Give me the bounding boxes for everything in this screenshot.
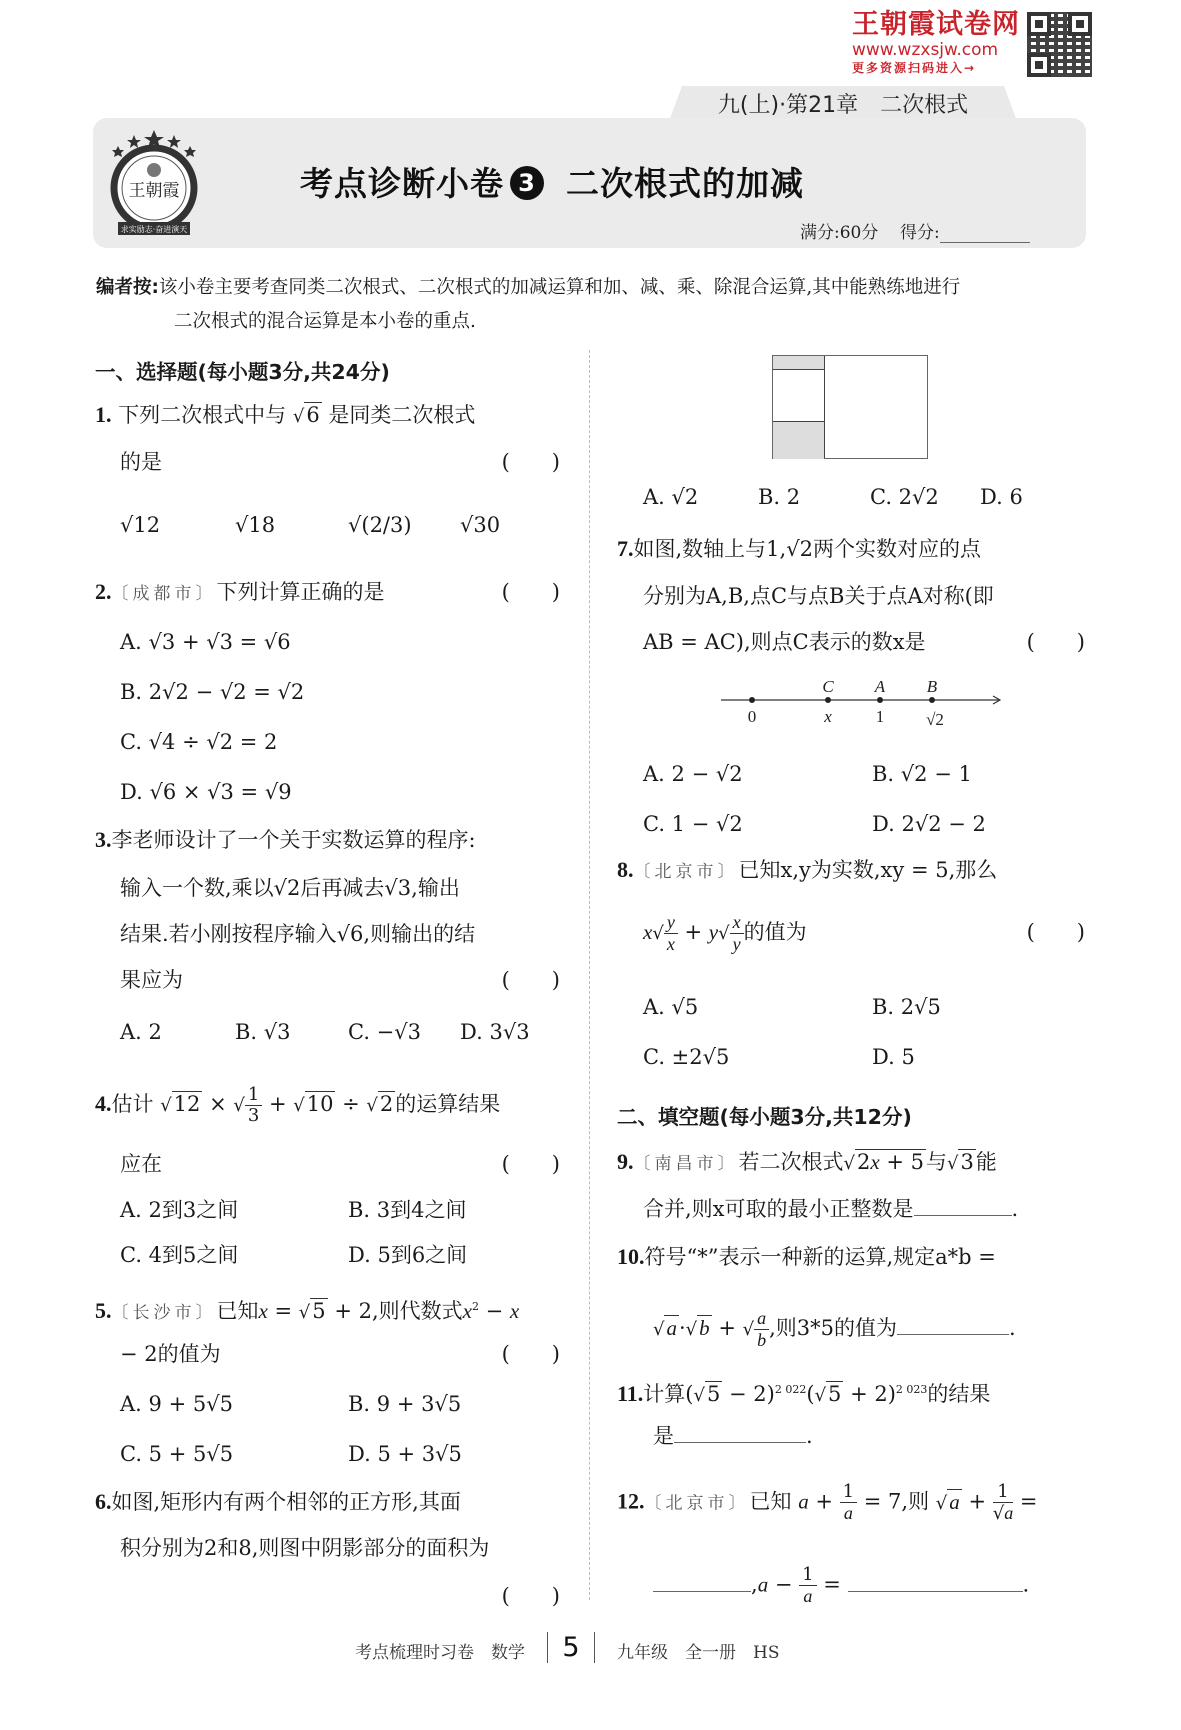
full-score: 满分:60分 — [800, 223, 878, 243]
page-title: 考点诊断小卷3二次根式的加减 — [300, 158, 1000, 205]
question-8: 8.〔北京市〕已知x,y为实数,xy = 5,那么 — [617, 858, 997, 884]
score-label: 得分: — [900, 223, 940, 243]
question-number: 3. — [95, 827, 112, 852]
svg-text:x: x — [823, 707, 832, 726]
option-d[interactable]: D. 3√3 — [460, 1020, 530, 1044]
question-number: 8. — [617, 857, 634, 882]
svg-text:A: A — [874, 677, 886, 696]
editor-note: 编者按:该小卷主要考查同类二次根式、二次根式的加减运算和加、减、乘、除混合运算,… — [96, 271, 1086, 339]
answer-blank-1[interactable] — [653, 1573, 751, 1592]
question-3-options: A. 2 B. √3 C. −√3 D. 3√3 — [120, 1020, 560, 1050]
question-9: 9.〔南昌市〕若二次根式√2x + 5与√3能 — [617, 1150, 997, 1176]
question-12: 12.〔北京市〕已知 a + 1a = 7,则 √a + 1√a = — [617, 1482, 1038, 1524]
question-4: 4.估计 √12 × √13 + √10 ÷ √2的运算结果 — [95, 1085, 500, 1126]
page-footer: 考点梳理时习卷 数学5九年级 全一册 HS — [355, 1634, 955, 1665]
question-3-line3: 结果.若小刚按程序输入√6,则输出的结 — [120, 922, 475, 946]
question-text: 李老师设计了一个关于实数运算的程序: — [112, 828, 476, 852]
question-2: 2.〔成都市〕下列计算正确的是 ( ) — [95, 580, 560, 606]
question-number: 11. — [617, 1381, 643, 1406]
question-3-line4: 果应为 ( ) — [120, 968, 560, 992]
title-prefix: 考点诊断小卷 — [300, 164, 504, 203]
option-a[interactable]: A. 2 — [120, 1020, 162, 1044]
source-city: 〔长沙市〕 — [112, 1303, 217, 1323]
question-10: 10.符号“*”表示一种新的运算,规定a*b = — [617, 1245, 996, 1269]
answer-paren[interactable]: ( ) — [502, 580, 560, 604]
title-suffix: 二次根式的加减 — [566, 164, 804, 203]
answer-paren[interactable]: ( ) — [502, 1152, 560, 1176]
option-c[interactable]: √(2/3) — [348, 513, 412, 537]
option-d[interactable]: D. 5 — [872, 1045, 915, 1069]
footer-right: 九年级 全一册 HS — [617, 1643, 779, 1663]
question-1-line2: 的是 ( ) — [120, 450, 560, 474]
option-a[interactable]: A. 2 − √2 — [643, 762, 743, 786]
footer-left: 考点梳理时习卷 数学 — [355, 1643, 525, 1663]
question-number: 1. — [95, 402, 112, 427]
source-city: 〔南昌市〕 — [634, 1154, 739, 1174]
option-c[interactable]: C. 1 − √2 — [643, 812, 743, 836]
question-number: 12. — [617, 1489, 645, 1514]
chapter-tab-label: 九(上)·第21章 二次根式 — [668, 88, 1018, 119]
question-number: 7. — [617, 536, 634, 561]
question-text: 下列二次根式中与 — [118, 403, 286, 427]
answer-blank[interactable] — [897, 1316, 1009, 1335]
answer-blank-2[interactable] — [848, 1573, 1023, 1592]
question-4-line2: 应在 ( ) — [120, 1152, 560, 1176]
page-number: 5 — [547, 1632, 595, 1663]
option-c[interactable]: C. ±2√5 — [643, 1045, 729, 1069]
answer-paren[interactable]: ( ) — [502, 450, 560, 474]
column-divider — [589, 350, 590, 1600]
title-number-badge: 3 — [510, 166, 544, 200]
question-text: 是同类二次根式 — [328, 403, 475, 427]
brand-block[interactable]: 王朝霞试卷网 www.wzxsjw.com 更多资源扫码进入→ — [852, 10, 1022, 76]
question-8-line2: x√yx + y√xy的值为 ( ) — [643, 912, 1085, 955]
option-a[interactable]: A. 9 + 5√5 — [120, 1392, 233, 1416]
svg-text:0: 0 — [748, 707, 757, 726]
option-c[interactable]: C. −√3 — [348, 1020, 421, 1044]
qr-code-icon[interactable] — [1027, 12, 1092, 77]
score-blank[interactable] — [940, 226, 1030, 243]
option-d[interactable]: D. 6 — [980, 485, 1023, 509]
option-a[interactable]: A. √3 + √3 = √6 — [120, 630, 291, 654]
question-number: 5. — [95, 1298, 112, 1323]
question-9-line2: 合并,则x可取的最小正整数是. — [643, 1197, 1018, 1221]
question-7: 7.如图,数轴上与1,√2两个实数对应的点 — [617, 537, 981, 561]
section-1-title: 一、选择题(每小题3分,共24分) — [95, 355, 390, 385]
option-b[interactable]: B. 3到4之间 — [348, 1198, 467, 1222]
question-5-line2: − 2的值为 ( ) — [120, 1342, 560, 1366]
question-number: 9. — [617, 1149, 634, 1174]
source-city: 〔成都市〕 — [112, 584, 217, 604]
svg-text:B: B — [927, 677, 938, 696]
svg-text:C: C — [822, 677, 834, 696]
question-number: 2. — [95, 579, 112, 604]
option-d[interactable]: D. 5 + 3√5 — [348, 1442, 462, 1466]
option-c[interactable]: C. 4到5之间 — [120, 1243, 238, 1267]
shaded-region-bottom — [773, 421, 824, 459]
option-a[interactable]: √12 — [120, 513, 160, 537]
option-a[interactable]: A. √5 — [643, 995, 698, 1019]
question-3: 3.李老师设计了一个关于实数运算的程序: — [95, 828, 476, 852]
question-5: 5.〔长沙市〕已知x = √5 + 2,则代数式x2 − x — [95, 1295, 519, 1325]
option-c[interactable]: C. 2√2 — [870, 485, 939, 509]
option-d[interactable]: D. 5到6之间 — [348, 1243, 467, 1267]
option-a[interactable]: A. √2 — [643, 485, 698, 509]
answer-blank[interactable] — [914, 1197, 1012, 1216]
question-text: 下列计算正确的是 — [217, 580, 385, 604]
number-line-figure: C A B 0 x 1 √2 — [715, 675, 1005, 735]
option-d[interactable]: D. √6 × √3 = √9 — [120, 780, 292, 804]
answer-paren[interactable]: ( ) — [1027, 630, 1085, 654]
brand-name: 王朝霞试卷网 — [852, 10, 1022, 40]
source-city: 〔北京市〕 — [645, 1494, 750, 1514]
option-a[interactable]: A. 2到3之间 — [120, 1198, 238, 1222]
option-d[interactable]: √30 — [460, 513, 500, 537]
svg-text:求实励志·奋进演天: 求实励志·奋进演天 — [121, 224, 188, 234]
option-b[interactable]: B. 2√2 − √2 = √2 — [120, 680, 304, 704]
question-10-line2: √a·√b + √ab,则3*5的值为. — [653, 1308, 1016, 1351]
brand-url[interactable]: www.wzxsjw.com — [852, 40, 1022, 60]
option-c[interactable]: C. 5 + 5√5 — [120, 1442, 233, 1466]
answer-paren[interactable]: ( ) — [502, 968, 560, 992]
svg-text:√2: √2 — [926, 710, 944, 729]
question-number: 6. — [95, 1489, 112, 1514]
section-2-title: 二、填空题(每小题3分,共12分) — [617, 1100, 912, 1130]
question-3-line2: 输入一个数,乘以√2后再减去√3,输出 — [120, 876, 460, 900]
answer-paren[interactable]: ( ) — [502, 1342, 560, 1366]
seal-logo-icon: 王朝霞 求实励志·奋进演天 — [104, 126, 204, 244]
radical: √6 — [293, 403, 322, 429]
option-d[interactable]: D. 2√2 − 2 — [872, 812, 986, 836]
question-text: 的是 — [120, 450, 162, 474]
brand-more-text: 更多资源扫码进入→ — [852, 60, 1022, 76]
svg-text:1: 1 — [876, 707, 885, 726]
question-7-line3: AB = AC),则点C表示的数x是 ( ) — [643, 630, 1085, 654]
question-12-line2: ,a − 1a = . — [653, 1565, 1029, 1607]
answer-paren[interactable]: ( ) — [1027, 920, 1085, 944]
answer-paren[interactable]: ( ) — [502, 1584, 560, 1608]
option-b[interactable]: B. √2 − 1 — [872, 762, 972, 786]
answer-blank[interactable] — [674, 1424, 806, 1443]
option-c[interactable]: C. √4 ÷ √2 = 2 — [120, 730, 277, 754]
editor-note-line2: 二次根式的混合运算是本小卷的重点. — [96, 305, 1086, 339]
question-11: 11.计算(√5 − 2)2 022(√5 + 2)2 023的结果 — [617, 1378, 990, 1408]
editor-note-label: 编者按: — [96, 277, 159, 298]
question-6: 6.如图,矩形内有两个相邻的正方形,其面 — [95, 1490, 461, 1514]
question-1-options: √12 √18 √(2/3) √30 — [120, 505, 560, 555]
source-city: 〔北京市〕 — [634, 862, 739, 882]
option-b[interactable]: B. 2 — [758, 485, 800, 509]
svg-text:王朝霞: 王朝霞 — [129, 181, 180, 201]
shaded-region-top — [773, 356, 824, 370]
option-b[interactable]: B. 9 + 3√5 — [348, 1392, 461, 1416]
option-b[interactable]: B. 2√5 — [872, 995, 941, 1019]
editor-note-line1: 该小卷主要考查同类二次根式、二次根式的加减运算和加、减、乘、除混合运算,其中能熟… — [159, 277, 960, 298]
rectangle-squares-figure — [772, 355, 928, 459]
question-6-line2: 积分别为2和8,则图中阴影部分的面积为 — [120, 1536, 489, 1560]
question-11-line2: 是. — [653, 1424, 813, 1448]
score-line: 满分:60分 得分: — [800, 218, 1030, 243]
question-1: 1. 下列二次根式中与 √6 是同类二次根式 — [95, 403, 560, 429]
option-b[interactable]: √18 — [235, 513, 275, 537]
option-b[interactable]: B. √3 — [235, 1020, 291, 1044]
question-7-line2: 分别为A,B,点C与点B关于点A对称(即 — [643, 584, 994, 608]
question-number: 10. — [617, 1244, 645, 1269]
question-number: 4. — [95, 1091, 112, 1116]
